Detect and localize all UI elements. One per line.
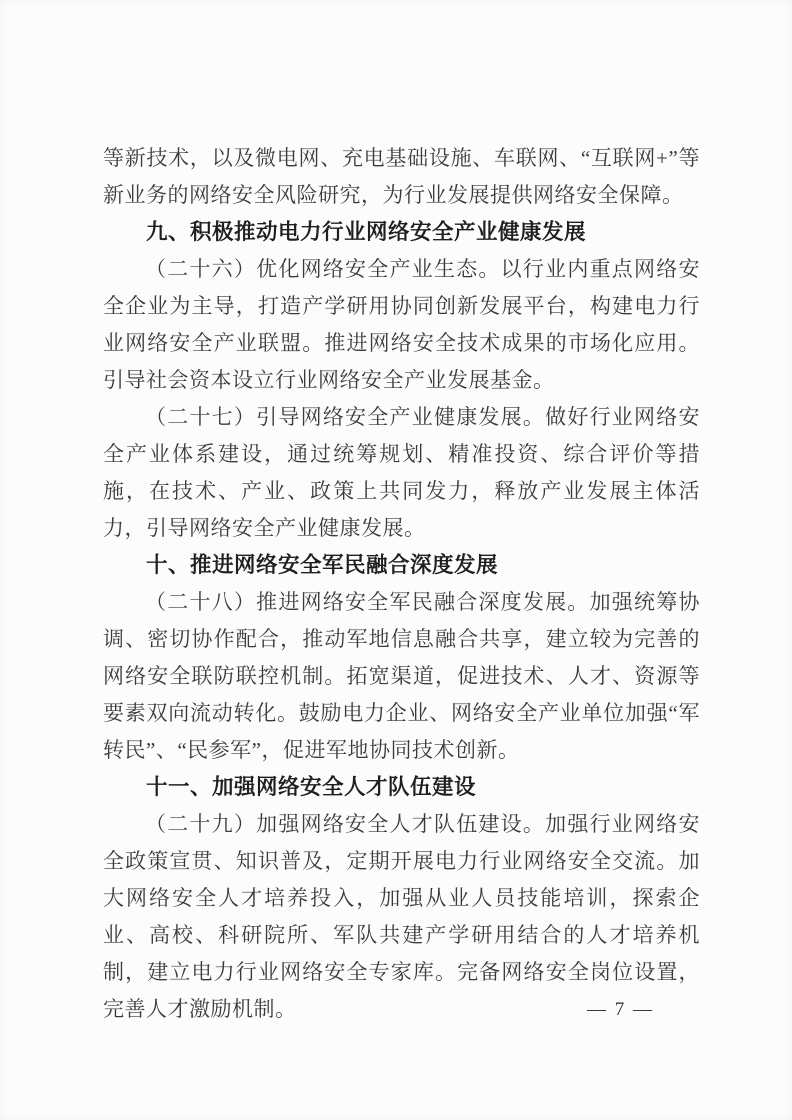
section-heading-eleven: 十一、加强网络安全人才队伍建设	[103, 769, 700, 806]
paragraph-twenty-nine: （二十九）加强网络安全人才队伍建设。加强行业网络安全政策宣贯、知识普及，定期开展…	[103, 806, 700, 1028]
section-heading-ten: 十、推进网络安全军民融合深度发展	[103, 547, 700, 584]
section-heading-nine: 九、积极推动电力行业网络安全产业健康发展	[103, 214, 700, 251]
paragraph-twenty-six: （二十六）优化网络安全产业生态。以行业内重点网络安全企业为主导，打造产学研用协同…	[103, 251, 700, 399]
paragraph-continuation: 等新技术，以及微电网、充电基础设施、车联网、“互联网+”等新业务的网络安全风险研…	[103, 140, 700, 214]
document-body: 等新技术，以及微电网、充电基础设施、车联网、“互联网+”等新业务的网络安全风险研…	[103, 140, 700, 1028]
paragraph-twenty-seven: （二十七）引导网络安全产业健康发展。做好行业网络安全产业体系建设，通过统筹规划、…	[103, 399, 700, 547]
document-page: 等新技术，以及微电网、充电基础设施、车联网、“互联网+”等新业务的网络安全风险研…	[0, 0, 792, 1120]
paragraph-twenty-eight: （二十八）推进网络安全军民融合深度发展。加强统筹协调、密切协作配合，推动军地信息…	[103, 584, 700, 769]
page-number: — 7 —	[587, 998, 654, 1022]
